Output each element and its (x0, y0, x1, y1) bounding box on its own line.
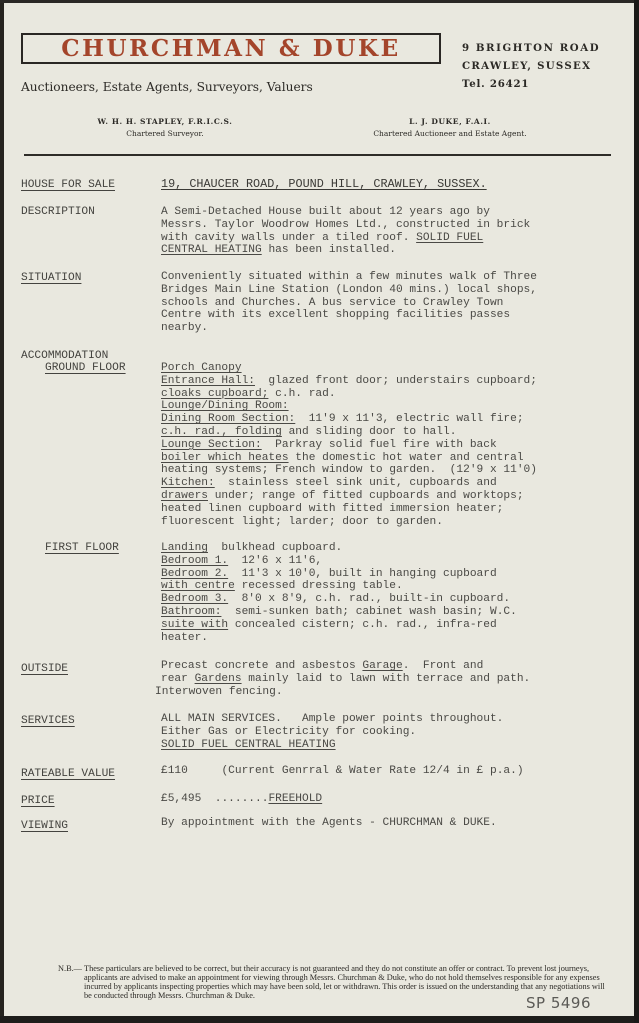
disclaimer: N.B.— These particulars are believed to … (58, 964, 606, 1000)
situation-line: schools and Churches. A bus service to C… (161, 297, 503, 309)
rate-note: (Current Genrral & Water Rate 12/4 in £ … (221, 765, 523, 777)
room-line: Bathroom: semi-sunken bath; cabinet wash… (161, 606, 517, 619)
partner-name: L. J. DUKE, F.A.I. (340, 117, 560, 126)
room-heading: Dining Room Section: (161, 413, 295, 425)
nb-tag: N.B.— (58, 964, 84, 973)
address-line: CRAWLEY, SUSSEX (462, 60, 600, 78)
partner-title: Chartered Surveyor. (70, 129, 260, 138)
services-text: ALL MAIN SERVICES. Ample power points th… (161, 713, 503, 751)
room-detail: Parkray solid fuel fire with back (262, 439, 497, 451)
room-line: Lounge/Dining Room: (161, 400, 537, 413)
room-line: c.h. rad., folding and sliding door to h… (161, 426, 537, 439)
room-line: heating systems; French window to garden… (161, 464, 537, 477)
description-line: Messrs. Taylor Woodrow Homes Ltd., const… (161, 219, 530, 231)
room-heading: Bedroom 2. (161, 568, 228, 580)
outside-text-part: mainly laid to lawn with terrace and pat… (242, 673, 531, 685)
room-line: Dining Room Section: 11'9 x 11'3, electr… (161, 413, 537, 426)
room-line: cloaks cupboard; c.h. rad. (161, 388, 537, 401)
rateable-amount: £110 (161, 765, 188, 777)
outside-fencing: Interwoven fencing. (155, 686, 283, 699)
label-ground-floor: GROUND FLOOR (45, 362, 126, 374)
room-detail: semi-sunken bath; cabinet wash basin; W.… (221, 606, 516, 618)
room-detail: 8'0 x 8'9, c.h. rad., built-in cupboard. (228, 593, 510, 605)
garage-keyword: Garage (362, 660, 402, 672)
partner-stapley: W. H. H. STAPLEY, F.R.I.C.S. Chartered S… (70, 117, 260, 138)
room-heading: with centre (161, 580, 235, 592)
label-first-floor: FIRST FLOOR (45, 542, 119, 554)
room-detail: c.h. rad. (268, 388, 335, 400)
room-heading: Kitchen: (161, 477, 215, 489)
viewing-text: By appointment with the Agents - CHURCHM… (161, 817, 497, 830)
tenure: FREEHOLD (268, 793, 322, 805)
situation-text: Conveniently situated within a few minut… (161, 271, 537, 335)
firm-tagline: Auctioneers, Estate Agents, Surveyors, V… (21, 80, 313, 94)
room-line: Bedroom 1. 12'6 x 11'6, (161, 555, 517, 568)
label-situation: SITUATION (21, 272, 81, 284)
room-heading: Bathroom: (161, 606, 221, 618)
partner-name: W. H. H. STAPLEY, F.R.I.C.S. (70, 117, 260, 126)
highlight-central-heating: CENTRAL HEATING (161, 244, 262, 256)
address-line: 9 BRIGHTON ROAD (462, 42, 600, 60)
label-price: PRICE (21, 795, 55, 807)
firm-address: 9 BRIGHTON ROAD CRAWLEY, SUSSEX Tel. 264… (462, 42, 600, 96)
room-heading: Bedroom 3. (161, 593, 228, 605)
gardens-keyword: Gardens (195, 673, 242, 685)
services-line: ALL MAIN SERVICES. Ample power points th… (161, 713, 503, 725)
partner-title: Chartered Auctioneer and Estate Agent. (340, 129, 560, 138)
label-viewing: VIEWING (21, 820, 68, 832)
room-heading: Entrance Hall: (161, 375, 255, 387)
firm-name: CHURCHMAN & DUKE (61, 35, 400, 62)
room-line: Kitchen: stainless steel sink unit, cupb… (161, 477, 537, 490)
situation-line: Conveniently situated within a few minut… (161, 271, 537, 283)
label-description: DESCRIPTION (21, 206, 95, 218)
room-line: Entrance Hall: glazed front door; unders… (161, 375, 537, 388)
telephone: Tel. 26421 (462, 78, 600, 96)
room-detail: heater. (161, 632, 208, 644)
archive-reference: SP 5496 (526, 994, 591, 1012)
situation-line: Centre with its excellent shopping facil… (161, 309, 510, 321)
room-detail: heating systems; French window to garden… (161, 464, 537, 476)
room-detail: bulkhead cupboard. (208, 542, 342, 554)
room-detail: and sliding door to hall. (282, 426, 457, 438)
services-line: Either Gas or Electricity for cooking. (161, 726, 416, 738)
room-detail: concealed cistern; c.h. rad., infra-red (228, 619, 497, 631)
label-services: SERVICES (21, 715, 75, 727)
room-line: Porch Canopy (161, 362, 537, 375)
services-heating: SOLID FUEL CENTRAL HEATING (161, 739, 336, 751)
outside-text-part: Precast concrete and asbestos (161, 660, 362, 672)
room-detail: recessed dressing table. (235, 580, 403, 592)
situation-line: Bridges Main Line Station (London 40 min… (161, 284, 537, 296)
room-line: Landing bulkhead cupboard. (161, 542, 517, 555)
room-detail: the domestic hot water and central (289, 452, 524, 464)
firm-name-box: CHURCHMAN & DUKE (21, 33, 441, 64)
room-heading: c.h. rad., folding (161, 426, 282, 438)
price-leader: ........ (201, 793, 268, 805)
scan-edge-right (634, 0, 639, 1023)
room-heading: suite with (161, 619, 228, 631)
room-heading: Landing (161, 542, 208, 554)
scan-edge-bottom (0, 1016, 639, 1023)
room-detail: glazed front door; understairs cupboard; (255, 375, 537, 387)
label-accommodation: ACCOMMODATION (21, 350, 108, 362)
scan-edge-top (0, 0, 639, 3)
room-line: suite with concealed cistern; c.h. rad.,… (161, 619, 517, 632)
description-line: with cavity walls under a tiled roof. (161, 232, 416, 244)
label-rateable-value: RATEABLE VALUE (21, 768, 115, 780)
label-outside: OUTSIDE (21, 663, 68, 675)
room-line: Bedroom 3. 8'0 x 8'9, c.h. rad., built-i… (161, 593, 517, 606)
description-line: A Semi-Detached House built about 12 yea… (161, 206, 490, 218)
ground-floor-list: Porch CanopyEntrance Hall: glazed front … (161, 362, 537, 528)
first-floor-list: Landing bulkhead cupboard.Bedroom 1. 12'… (161, 542, 517, 644)
outside-text: Precast concrete and asbestos Garage. Fr… (161, 660, 530, 686)
highlight-solid-fuel: SOLID FUEL (416, 232, 483, 244)
outside-text-part: rear (161, 673, 195, 685)
room-line: Bedroom 2. 11'3 x 10'0, built in hanging… (161, 568, 517, 581)
room-line: with centre recessed dressing table. (161, 580, 517, 593)
room-detail: 11'3 x 10'0, built in hanging cupboard (228, 568, 497, 580)
price: £5,495 ........FREEHOLD (161, 793, 322, 806)
partner-duke: L. J. DUKE, F.A.I. Chartered Auctioneer … (340, 117, 560, 138)
property-address: 19, CHAUCER ROAD, POUND HILL, CRAWLEY, S… (161, 178, 487, 191)
room-detail: heated linen cupboard with fitted immers… (161, 503, 503, 515)
room-line: fluorescent light; larder; door to garde… (161, 516, 537, 529)
situation-line: nearby. (161, 322, 208, 334)
room-heading: Bedroom 1. (161, 555, 228, 567)
header-divider (24, 154, 611, 156)
rateable-value: £110 (Current Genrral & Water Rate 12/4 … (161, 765, 524, 778)
room-line: heated linen cupboard with fitted immers… (161, 503, 537, 516)
room-detail: 12'6 x 11'6, (228, 555, 322, 567)
room-line: Lounge Section: Parkray solid fuel fire … (161, 439, 537, 452)
outside-text-part: . Front and (403, 660, 484, 672)
room-detail: fluorescent light; larder; door to garde… (161, 516, 443, 528)
room-detail: under; range of fitted cupboards and wor… (208, 490, 524, 502)
room-heading: cloaks cupboard; (161, 388, 268, 400)
room-heading: Lounge Section: (161, 439, 262, 451)
description-line: has been installed. (268, 244, 396, 256)
description-text: A Semi-Detached House built about 12 yea… (161, 206, 530, 257)
room-heading: Porch Canopy (161, 362, 242, 374)
price-amount: £5,495 (161, 793, 201, 805)
room-line: heater. (161, 632, 517, 645)
room-line: drawers under; range of fitted cupboards… (161, 490, 537, 503)
room-detail: stainless steel sink unit, cupboards and (215, 477, 497, 489)
room-heading: Lounge/Dining Room: (161, 400, 289, 412)
room-heading: drawers (161, 490, 208, 502)
label-house-for-sale: HOUSE FOR SALE (21, 179, 115, 191)
room-detail: 11'9 x 11'3, electric wall fire; (295, 413, 523, 425)
room-line: boiler which heates the domestic hot wat… (161, 452, 537, 465)
room-heading: boiler which heates (161, 452, 289, 464)
